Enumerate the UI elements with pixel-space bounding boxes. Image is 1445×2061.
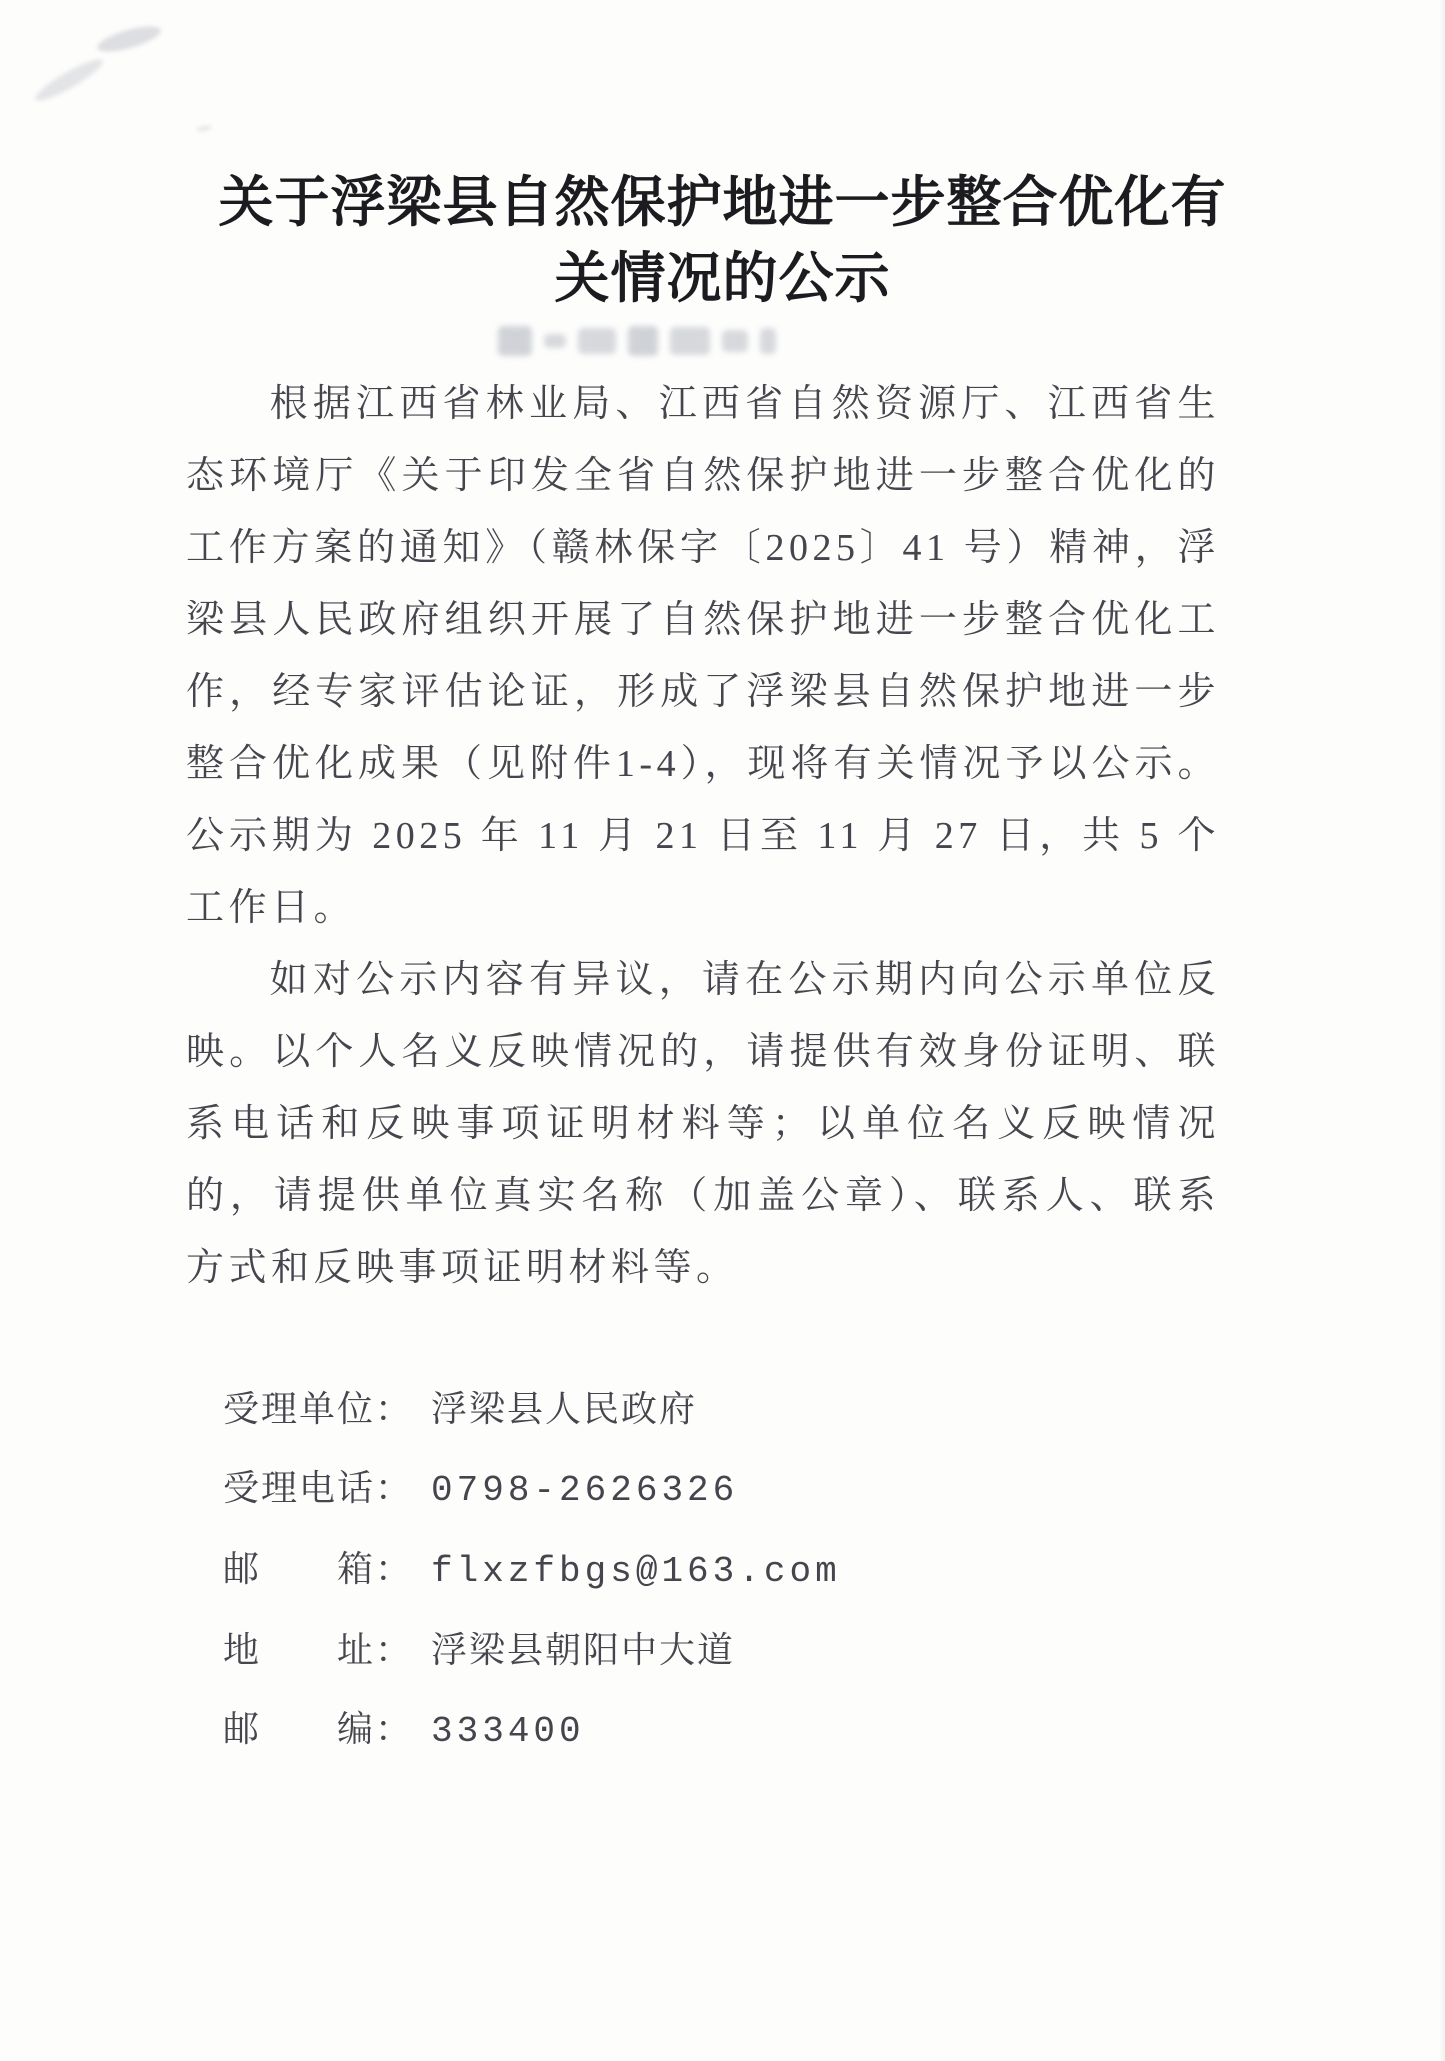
phone-label: 受理电话： [223,1468,413,1508]
postcode-label: 邮 编： [223,1709,413,1749]
email-value: flxzfbgs@163.com [431,1551,841,1592]
scan-edge-shadow [1439,0,1445,2061]
ink-bleedthrough-artifact [498,318,878,364]
address-value: 浮梁县朝阳中大道 [431,1630,735,1670]
email-label: 邮 箱： [223,1549,413,1589]
paragraph-1: 根据江西省林业局、江西省自然资源厅、江西省生态环境厅《关于印发全省自然保护地进一… [186,368,1220,944]
contact-row-accepting-unit: 受理单位：浮梁县人民政府 [223,1370,1445,1449]
postcode-value: 333400 [431,1711,585,1752]
phone-value: 0798-2626326 [431,1470,738,1511]
document-title-line-1: 关于浮梁县自然保护地进一步整合优化有 [0,165,1445,241]
contact-row-postcode: 邮 编：333400 [223,1690,1445,1771]
contact-row-phone: 受理电话：0798-2626326 [223,1449,1445,1530]
accepting-unit-label: 受理单位： [223,1389,413,1429]
contact-block: 受理单位：浮梁县人民政府 受理电话：0798-2626326 邮 箱：flxzf… [223,1370,1445,1771]
accepting-unit-value: 浮梁县人民政府 [431,1389,697,1429]
scanned-document-page: 关于浮梁县自然保护地进一步整合优化有 关情况的公示 根据江西省林业局、江西省自然… [0,0,1445,2061]
document-title: 关于浮梁县自然保护地进一步整合优化有 关情况的公示 [0,0,1445,317]
address-label: 地 址： [223,1630,413,1670]
contact-row-email: 邮 箱：flxzfbgs@163.com [223,1530,1445,1611]
document-body: 根据江西省林业局、江西省自然资源厅、江西省生态环境厅《关于印发全省自然保护地进一… [186,368,1220,1304]
contact-row-address: 地 址：浮梁县朝阳中大道 [223,1611,1445,1690]
paragraph-2: 如对公示内容有异议，请在公示期内向公示单位反映。以个人名义反映情况的，请提供有效… [186,944,1220,1304]
document-title-line-2: 关情况的公示 [0,241,1445,317]
